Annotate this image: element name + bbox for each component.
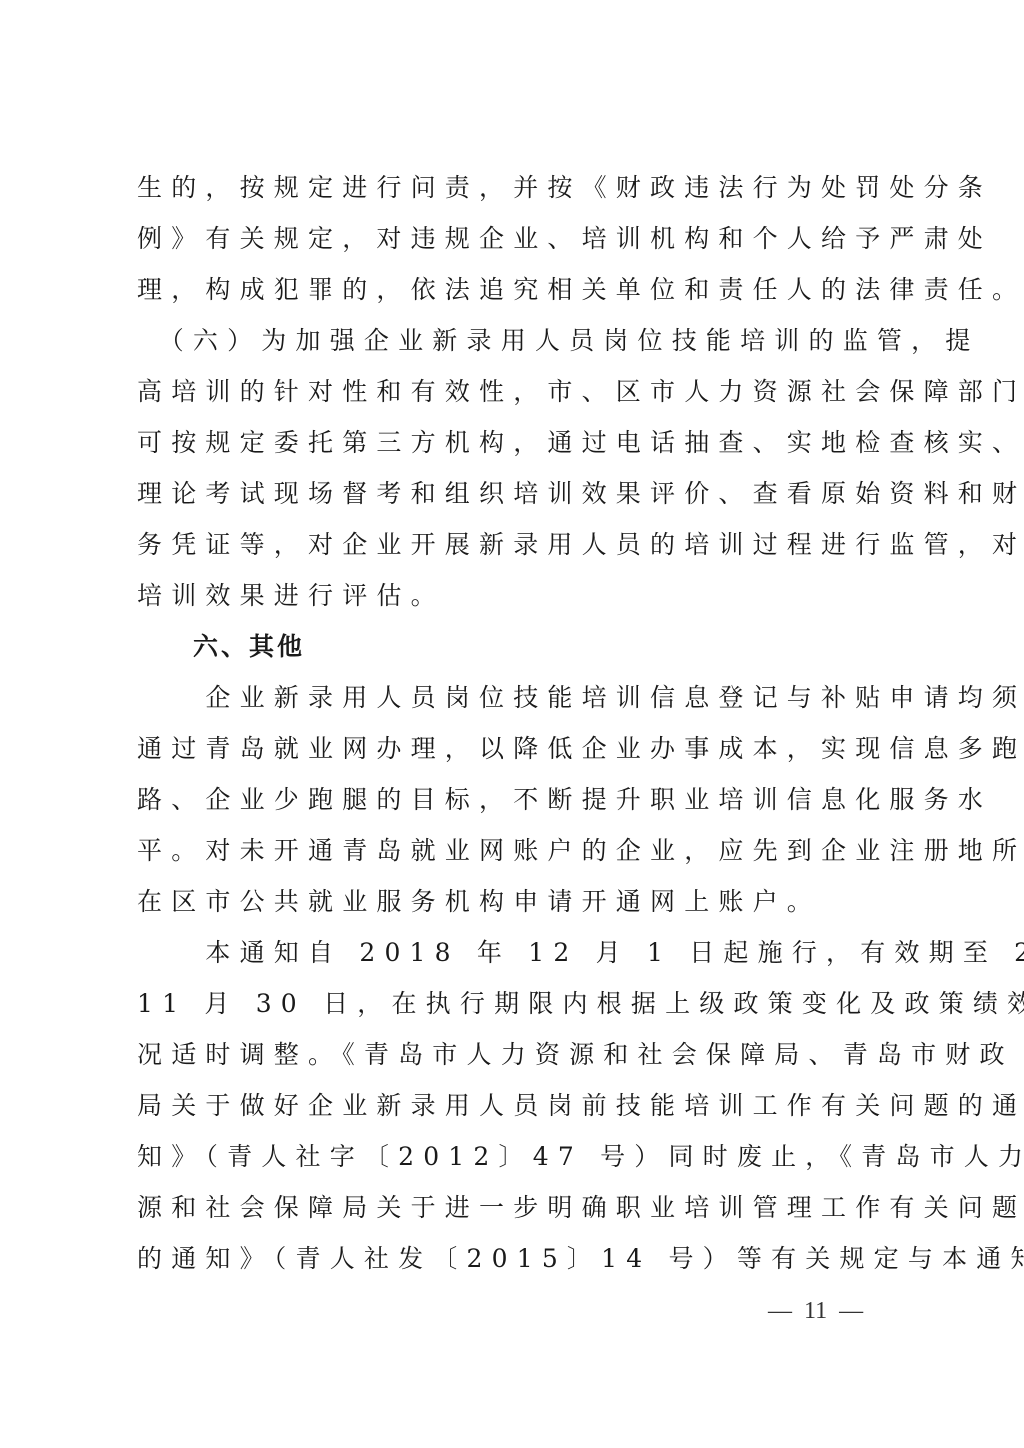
text-line: 企业新录用人员岗位技能培训信息登记与补贴申请均须 (137, 672, 897, 723)
text-line: 生的，按规定进行问责，并按《财政违法行为处罚处分条 (137, 162, 897, 213)
text-line: 路、企业少跑腿的目标，不断提升职业培训信息化服务水 (137, 774, 897, 825)
text-line: 知》（青人社字〔2012〕47 号）同时废止，《青岛市人力资 (137, 1131, 897, 1182)
text-line: 高培训的针对性和有效性，市、区市人力资源社会保障部门 (137, 366, 897, 417)
page-number: — 11 — (768, 1298, 863, 1325)
text-line: 11 月 30 日，在执行期限内根据上级政策变化及政策绩效情 (137, 978, 897, 1029)
text-line: 可按规定委托第三方机构，通过电话抽查、实地检查核实、 (137, 417, 897, 468)
text-line: 局关于做好企业新录用人员岗前技能培训工作有关问题的通 (137, 1080, 897, 1131)
text-line: 本通知自 2018 年 12 月 1 日起施行，有效期至 2023 年 (137, 927, 897, 978)
text-line: 在区市公共就业服务机构申请开通网上账户。 (137, 876, 897, 927)
text-line: 理论考试现场督考和组织培训效果评价、查看原始资料和财 (137, 468, 897, 519)
text-line: 的通知》（青人社发〔2015〕14 号）等有关规定与本通知不 (137, 1233, 897, 1284)
text-line: 况适时调整。《青岛市人力资源和社会保障局、青岛市财政 (137, 1029, 897, 1080)
text-line: 理，构成犯罪的，依法追究相关单位和责任人的法律责任。 (137, 264, 897, 315)
document-body: 生的，按规定进行问责，并按《财政违法行为处罚处分条 例》有关规定，对违规企业、培… (137, 162, 897, 1284)
document-page: 生的，按规定进行问责，并按《财政违法行为处罚处分条 例》有关规定，对违规企业、培… (0, 0, 1024, 1448)
text-line: 培训效果进行评估。 (137, 570, 897, 621)
text-line: 通过青岛就业网办理，以降低企业办事成本，实现信息多跑 (137, 723, 897, 774)
text-line: （六）为加强企业新录用人员岗位技能培训的监管，提 (137, 315, 897, 366)
text-line: 平。对未开通青岛就业网账户的企业，应先到企业注册地所 (137, 825, 897, 876)
text-line: 务凭证等，对企业开展新录用人员的培训过程进行监管，对 (137, 519, 897, 570)
section-heading: 六、其他 (137, 621, 897, 672)
text-line: 源和社会保障局关于进一步明确职业培训管理工作有关问题 (137, 1182, 897, 1233)
text-line: 例》有关规定，对违规企业、培训机构和个人给予严肃处 (137, 213, 897, 264)
